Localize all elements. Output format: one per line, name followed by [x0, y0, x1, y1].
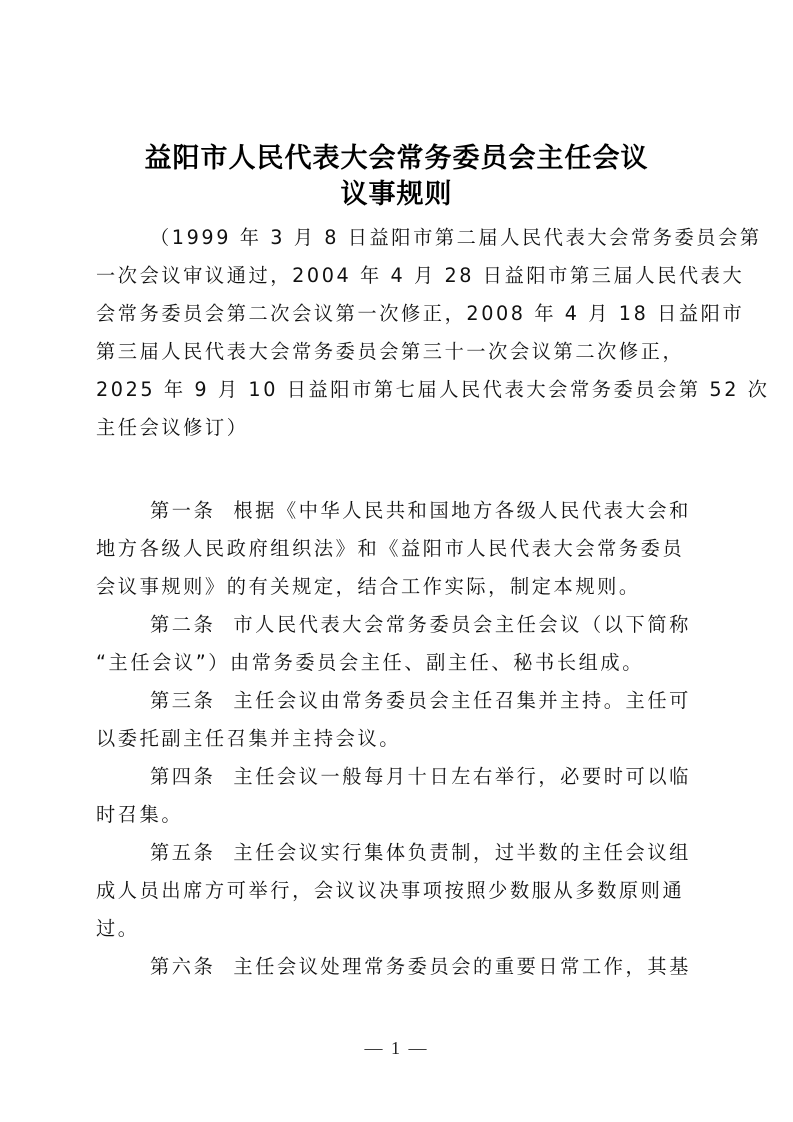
article-first-line: 第一条根据《中华人民共和国地方各级人民代表大会和	[150, 499, 696, 523]
preface-line: 主任会议修订）	[96, 416, 696, 440]
article-first-line: 第四条主任会议一般每月十日左右举行，必要时可以临	[150, 765, 696, 789]
article-first-line: 第六条主任会议处理常务委员会的重要日常工作，其基	[150, 955, 696, 979]
article-label: 第二条	[150, 613, 215, 636]
document-title-line-2: 议事规则	[0, 172, 793, 211]
article-line: 地方各级人民政府组织法》和《益阳市人民代表大会常务委员	[96, 537, 696, 561]
article-text: 主任会议处理常务委员会的重要日常工作，其基	[233, 955, 691, 978]
document-page: 益阳市人民代表大会常务委员会主任会议 议事规则 （1999 年 3 月 8 日益…	[0, 0, 793, 1122]
article-first-line: 第三条主任会议由常务委员会主任召集并主持。主任可	[150, 689, 696, 713]
article-label: 第一条	[150, 499, 215, 522]
page-number: — 1 —	[0, 1038, 793, 1059]
article-first-line: 第五条主任会议实行集体负责制，过半数的主任会议组	[150, 841, 696, 865]
preface-line: 会常务委员会第二次会议第一次修正，2008 年 4 月 18 日益阳市	[96, 302, 696, 326]
article-label: 第三条	[150, 689, 215, 712]
article-text: 主任会议一般每月十日左右举行，必要时可以临	[233, 765, 691, 788]
article-line: 会议事规则》的有关规定，结合工作实际，制定本规则。	[96, 575, 696, 599]
article-line: 成人员出席方可举行，会议议决事项按照少数服从多数原则通	[96, 879, 696, 903]
article-first-line: 第二条市人民代表大会常务委员会主任会议（以下简称	[150, 613, 696, 637]
article-label: 第五条	[150, 841, 215, 864]
article-text: 主任会议实行集体负责制，过半数的主任会议组	[233, 841, 691, 864]
article-text: 根据《中华人民共和国地方各级人民代表大会和	[233, 499, 691, 522]
preface-line: 第三届人民代表大会常务委员会第三十一次会议第二次修正，	[96, 340, 696, 364]
article-label: 第六条	[150, 955, 215, 978]
preface-line: （1999 年 3 月 8 日益阳市第二届人民代表大会常务委员会第	[150, 226, 696, 250]
article-text: 市人民代表大会常务委员会主任会议（以下简称	[233, 613, 691, 636]
document-title-line-1: 益阳市人民代表大会常务委员会主任会议	[0, 136, 793, 175]
article-label: 第四条	[150, 765, 215, 788]
article-line: 过。	[96, 917, 696, 941]
preface-line: 一次会议审议通过，2004 年 4 月 28 日益阳市第三届人民代表大	[96, 264, 696, 288]
preface-line: 2025 年 9 月 10 日益阳市第七届人民代表大会常务委员会第 52 次	[96, 378, 696, 402]
article-line: 以委托副主任召集并主持会议。	[96, 727, 696, 751]
article-line: 时召集。	[96, 803, 696, 827]
article-line: “主任会议”）由常务委员会主任、副主任、秘书长组成。	[96, 651, 696, 675]
article-text: 主任会议由常务委员会主任召集并主持。主任可	[233, 689, 691, 712]
